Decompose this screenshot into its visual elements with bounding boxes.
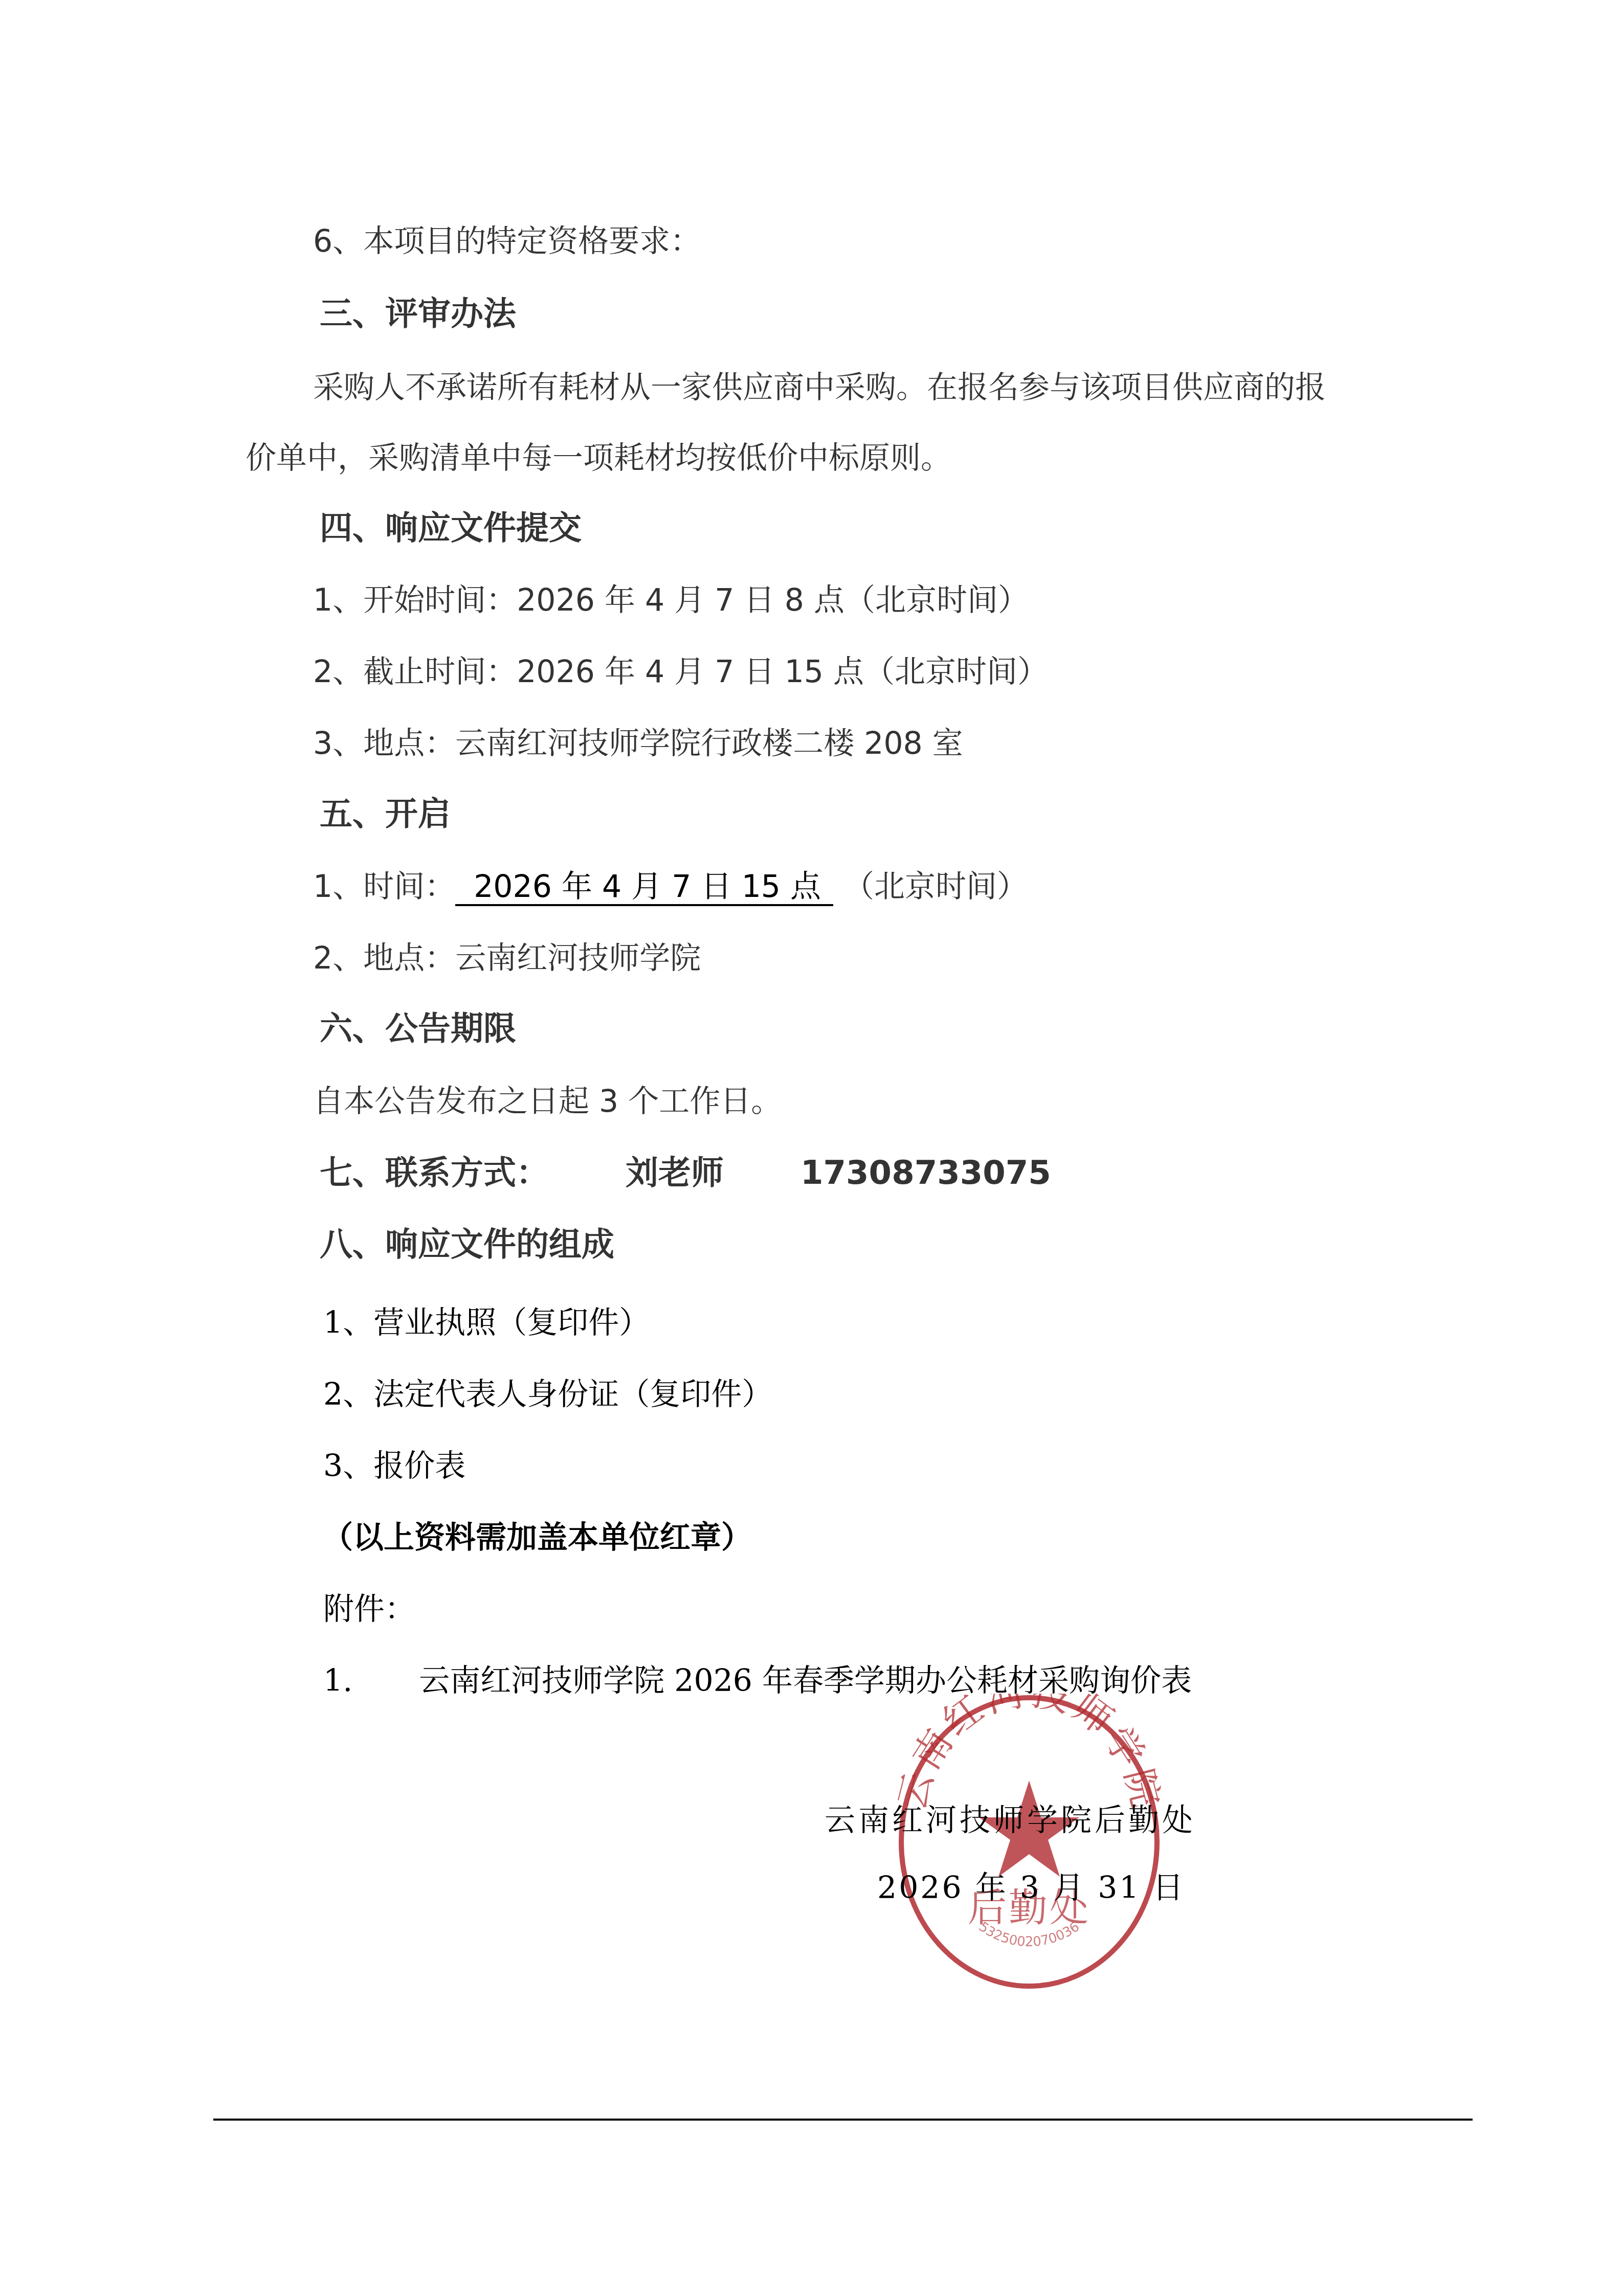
- opening-time-value: 2026 年 4 月 7 日 15 点: [455, 869, 833, 906]
- opening-time-suffix: （北京时间）: [833, 869, 1028, 905]
- opening-time-label: 1、时间：: [313, 869, 455, 905]
- opening-time: 1、时间：2026 年 4 月 7 日 15 点（北京时间）: [313, 866, 1028, 907]
- seal-ring-text: 云南红河技师学院: [896, 1694, 1162, 1815]
- attachment-title[interactable]: 云南红河技师学院 2026 年春季学期办公耗材采购询价表: [419, 1663, 1192, 1699]
- announcement-period: 自本公告发布之日起 3 个工作日。: [313, 1081, 782, 1122]
- section-7-heading: 七、联系方式：刘老师17308733075: [320, 1153, 1051, 1194]
- section-4-heading: 四、响应文件提交: [320, 508, 582, 549]
- seal-requirement-note: （以上资料需加盖本单位红章）: [322, 1517, 752, 1558]
- section-3-paragraph-line-1: 采购人不承诺所有耗材从一家供应商中采购。在报名参与该项目供应商的报: [313, 367, 1326, 408]
- attachments-label: 附件：: [323, 1589, 415, 1630]
- signature-date: 2026 年 3 月 31 日: [877, 1867, 1186, 1908]
- contact-phone: 17308733075: [800, 1154, 1051, 1192]
- contact-name: 刘老师: [626, 1154, 724, 1192]
- attachment-item[interactable]: 1.云南红河技师学院 2026 年春季学期办公耗材采购询价表: [323, 1660, 1192, 1701]
- requirement-item-6: 6、本项目的特定资格要求：: [313, 221, 701, 262]
- section-3-paragraph-line-2: 价单中，采购清单中每一项耗材均按低价中标原则。: [246, 438, 951, 479]
- required-doc-business-license: 1、营业执照（复印件）: [323, 1302, 650, 1343]
- section-8-heading: 八、响应文件的组成: [320, 1224, 614, 1265]
- submission-deadline: 2、截止时间：2026 年 4 月 7 日 15 点（北京时间）: [313, 651, 1048, 692]
- contact-label: 七、联系方式：: [320, 1154, 549, 1192]
- section-5-heading: 五、开启: [320, 794, 451, 835]
- seal-code: 5325002070036: [976, 1919, 1082, 1950]
- official-seal-icon: 云南红河技师学院 后勤处 5325002070036: [896, 1694, 1162, 1990]
- required-doc-legal-rep-id: 2、法定代表人身份证（复印件）: [323, 1374, 772, 1415]
- section-3-heading: 三、评审办法: [320, 294, 516, 334]
- footer-divider: [213, 2119, 1473, 2121]
- attachment-number: 1.: [323, 1663, 352, 1699]
- submission-start-time: 1、开始时间：2026 年 4 月 7 日 8 点（北京时间）: [313, 580, 1029, 621]
- required-doc-quotation: 3、报价表: [323, 1446, 465, 1487]
- svg-text:5325002070036: 5325002070036: [976, 1919, 1082, 1950]
- section-6-heading: 六、公告期限: [320, 1008, 516, 1049]
- signature-organization: 云南红河技师学院后勤处: [825, 1800, 1196, 1841]
- submission-location: 3、地点：云南红河技师学院行政楼二楼 208 室: [313, 723, 963, 764]
- opening-location: 2、地点：云南红河技师学院: [313, 938, 701, 979]
- svg-text:云南红河技师学院: 云南红河技师学院: [896, 1694, 1162, 1815]
- document-page: 6、本项目的特定资格要求： 三、评审办法 采购人不承诺所有耗材从一家供应商中采购…: [0, 0, 1624, 2296]
